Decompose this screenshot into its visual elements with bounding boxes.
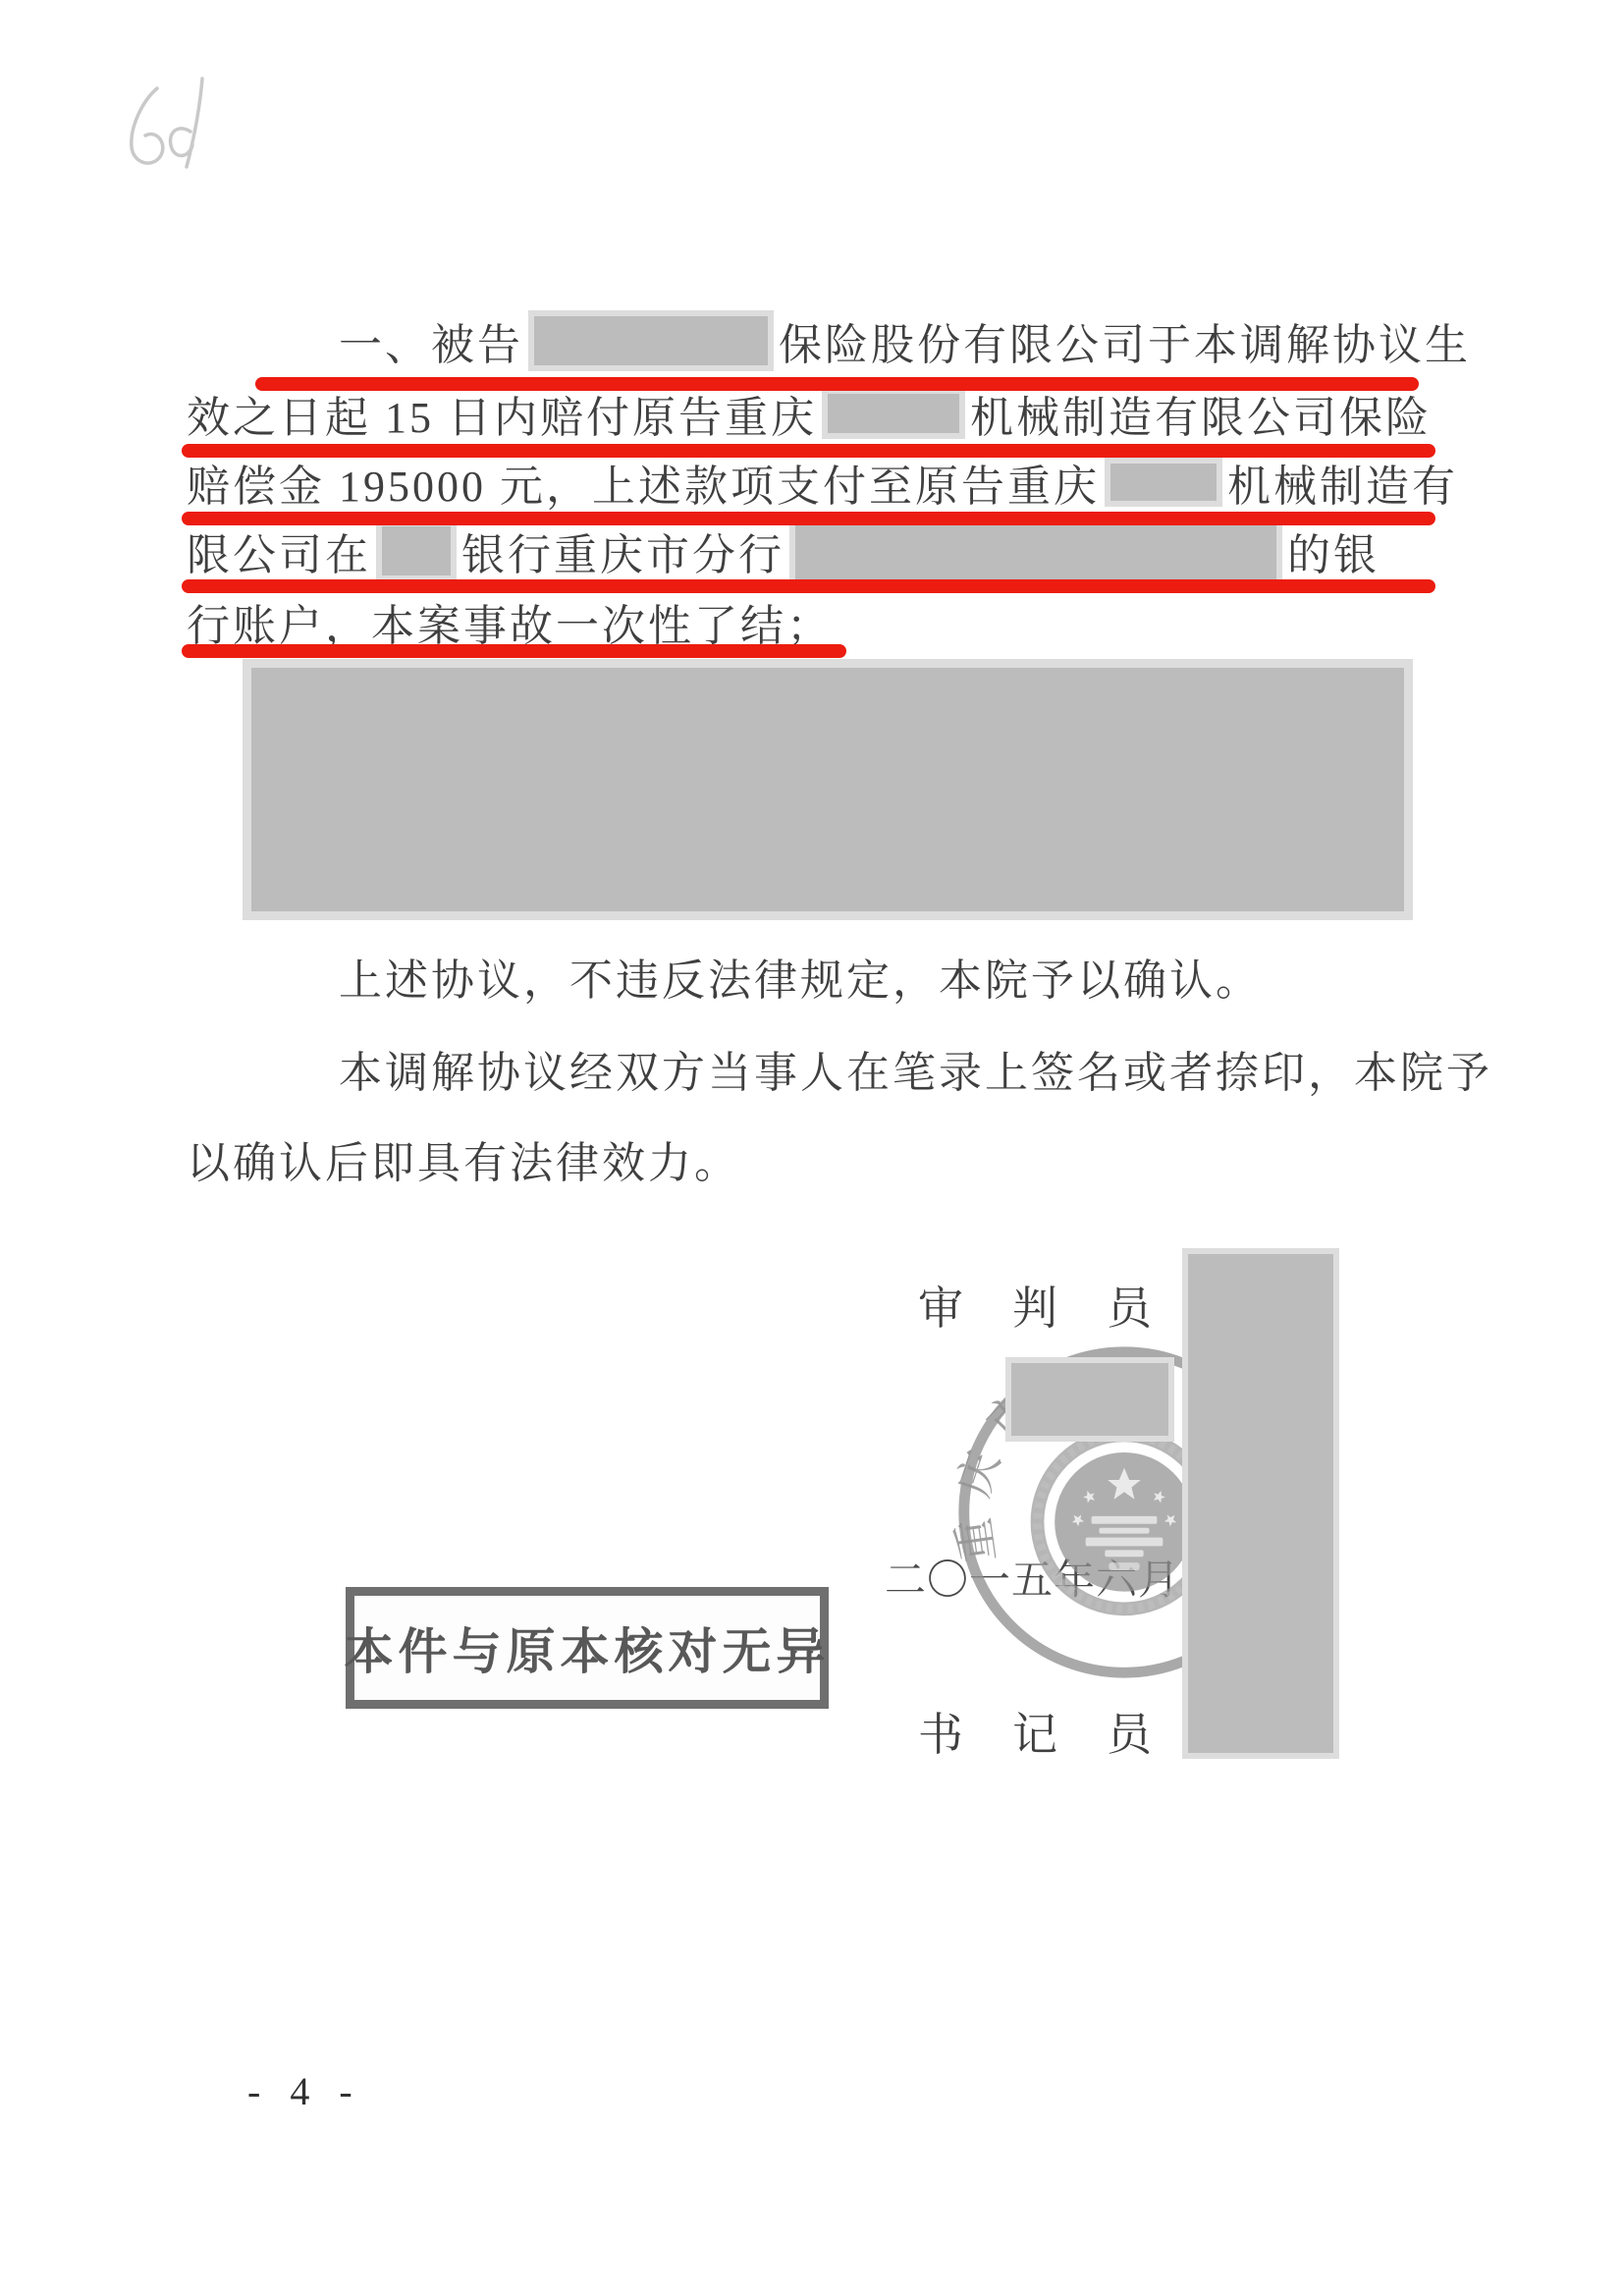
clause-text: 效之日起 15 日内赔付原告重庆 [187, 382, 817, 445]
verification-stamp-text: 本件与原本核对无异 [345, 1613, 831, 1683]
clerk-label: 书 记 员 [918, 1699, 1154, 1764]
verification-stamp: 本件与原本核对无异 [346, 1587, 829, 1709]
confirmation-paragraph: 上述协议，不违反法律规定，本院予以确认。 [187, 945, 1623, 1008]
document-page: 一、被告 保险股份有限公司于本调解协议生 效之日起 15 日内赔付原告重庆 机械… [0, 0, 1623, 2296]
red-underline [182, 512, 1435, 525]
large-redaction-block [243, 659, 1413, 920]
clause-line-4: 限公司在 银行重庆市分行 的银 [187, 522, 1463, 579]
red-underline [182, 644, 846, 658]
clause-line-3: 赔偿金 195000 元，上述款项支付至原告重庆 机械制造有 [187, 454, 1463, 511]
clause-line-2: 效之日起 15 日内赔付原告重庆 机械制造有限公司保险 [187, 385, 1463, 442]
clause-text: 一、被告 [339, 309, 523, 372]
clause-line-1: 一、被告 保险股份有限公司于本调解协议生 [187, 312, 1615, 369]
redaction-box-signatures [1182, 1248, 1339, 1759]
clause-line-5: 行账户，本案事故一次性了结； [187, 593, 1463, 650]
clause-text: 机械制造有 [1227, 451, 1458, 514]
red-underline [182, 579, 1435, 593]
clause-text: 赔偿金 195000 元，上述款项支付至原告重庆 [187, 451, 1100, 514]
redaction-box-plaintiff-name [1105, 458, 1222, 507]
red-underline [182, 444, 1435, 458]
effect-paragraph-line-1: 本调解协议经双方当事人在笔录上签名或者捺印，本院予 [187, 1037, 1623, 1100]
handwritten-mark [106, 71, 234, 179]
redaction-box-bank-name [376, 520, 457, 581]
clause-text: 的银 [1287, 519, 1380, 582]
redaction-box-plaintiff-name [822, 388, 965, 439]
clause-text: 限公司在 [187, 519, 371, 582]
redaction-box-judge-name [1005, 1357, 1174, 1442]
redaction-box-defendant-name [528, 310, 774, 371]
clause-text: 银行重庆市分行 [461, 519, 784, 582]
red-underline [255, 377, 1419, 391]
clause-text: 保险股份有限公司于本调解协议生 [779, 309, 1471, 372]
clause-text: 机械制造有限公司保险 [970, 382, 1432, 445]
effect-paragraph-line-2: 以确认后即具有法律效力。 [187, 1127, 1483, 1190]
page-number: - 4 - [247, 2068, 362, 2114]
judge-label: 审 判 员 [918, 1273, 1154, 1338]
